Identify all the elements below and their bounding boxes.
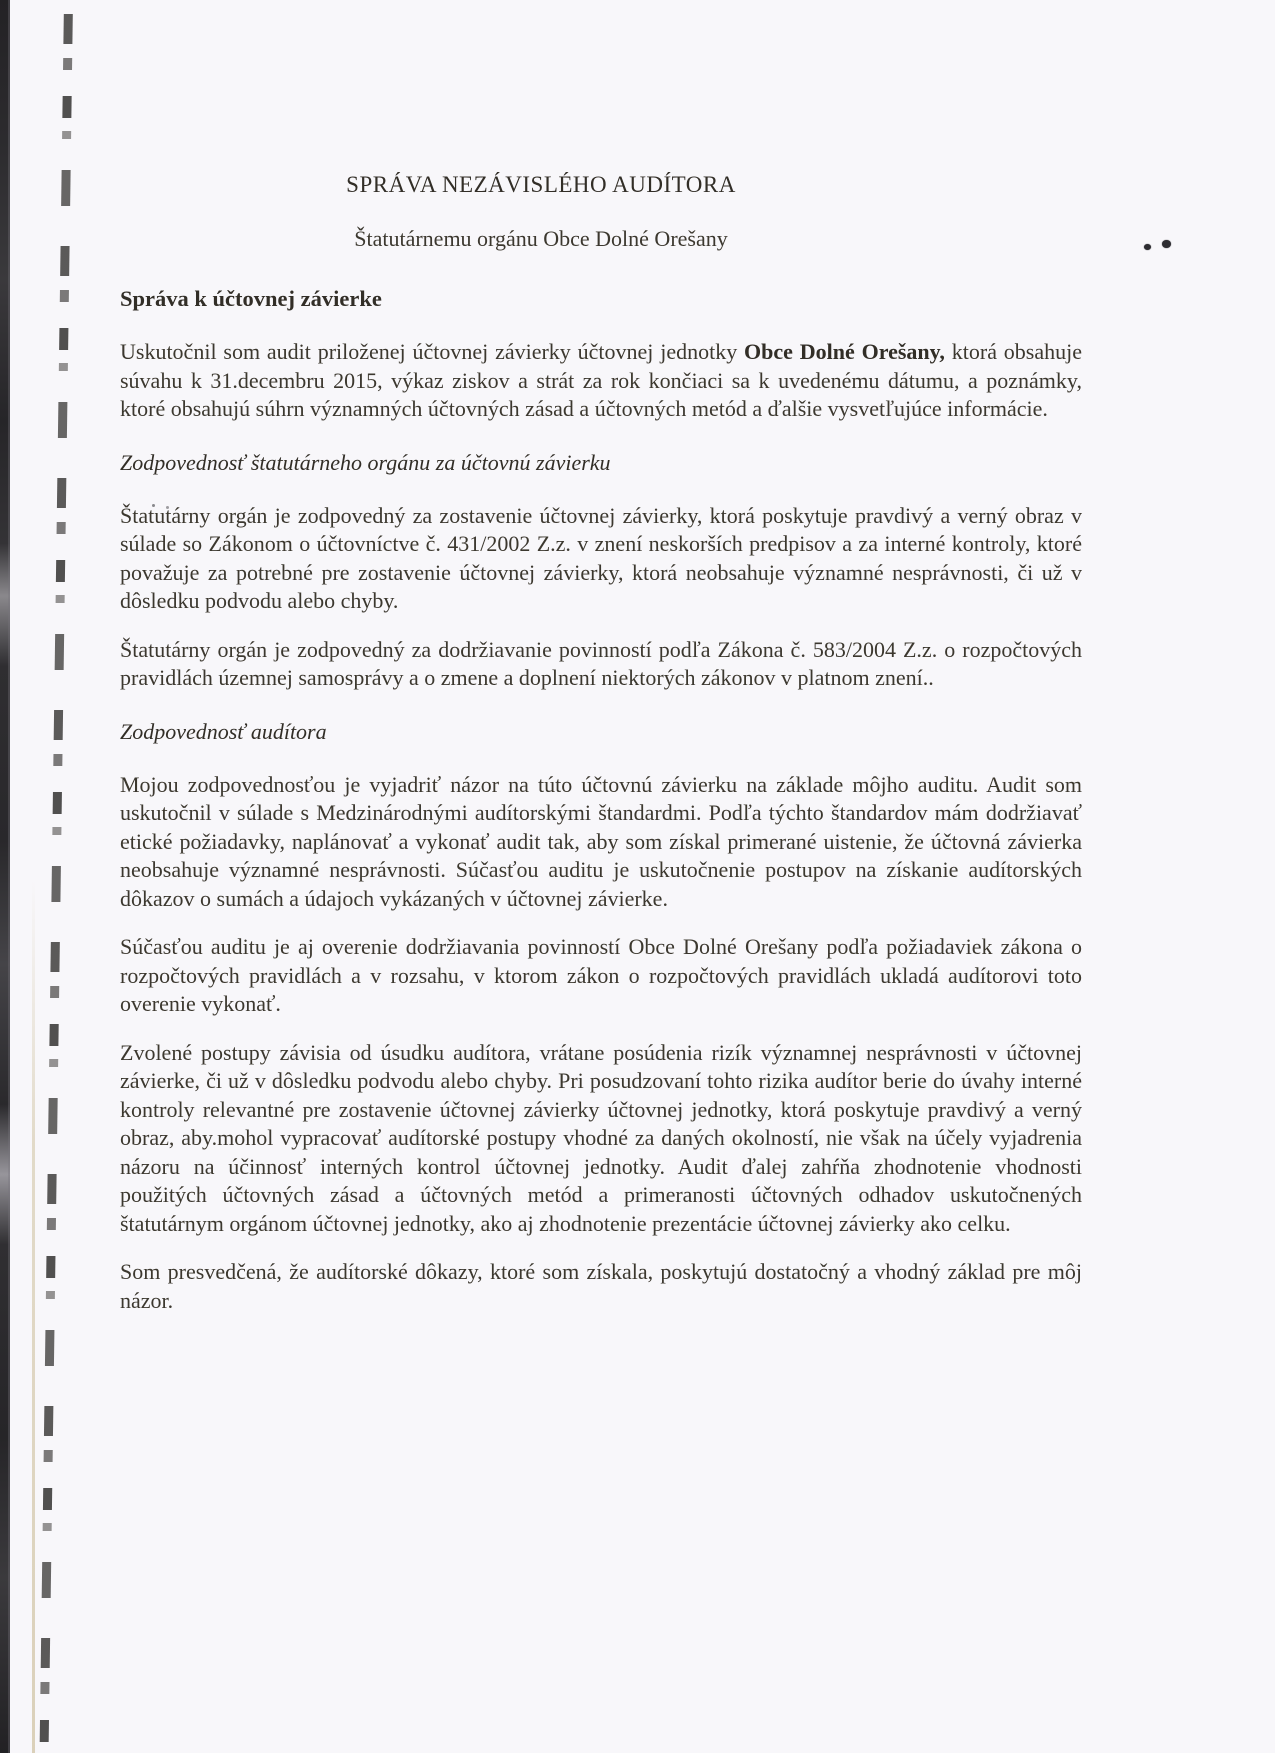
document-body: SPRÁVA NEZÁVISLÉHO AUDÍTORA Štatutárnemu… — [0, 0, 1275, 1335]
auditor-paragraph-3: Zvolené postupy závisia od úsudku audíto… — [120, 1039, 1082, 1239]
entity-name: Obce Dolné Orešany, — [744, 339, 945, 364]
auditor-responsibility-heading: Zodpovednosť audítora — [120, 717, 1082, 747]
intro-paragraph: Uskutočnil som audit priloženej účtovnej… — [120, 338, 1082, 424]
addressee-line: Štatutárnemu orgánu Obce Dolné Orešany — [120, 224, 962, 254]
auditor-paragraph-4: Som presvedčená, že audítorské dôkazy, k… — [120, 1258, 1082, 1315]
auditor-paragraph-1: Mojou zodpovednosťou je vyjadriť názor n… — [120, 771, 1082, 914]
document-title: SPRÁVA NEZÁVISLÉHO AUDÍTORA — [120, 170, 962, 200]
report-section-heading: Správa k účtovnej závierke — [120, 284, 1082, 314]
intro-lead-text: Uskutočnil som audit priloženej účtovnej… — [120, 339, 744, 364]
auditor-paragraph-2: Súčasťou auditu je aj overenie dodržiava… — [120, 933, 1082, 1019]
statutory-paragraph-2: Štatutárny orgán je zodpovedný za dodrži… — [120, 636, 1082, 693]
statutory-responsibility-heading: Zodpovednosť štatutárneho orgánu za účto… — [120, 448, 1082, 478]
statutory-paragraph-1: Štatutárny orgán je zodpovedný za zostav… — [120, 502, 1082, 616]
